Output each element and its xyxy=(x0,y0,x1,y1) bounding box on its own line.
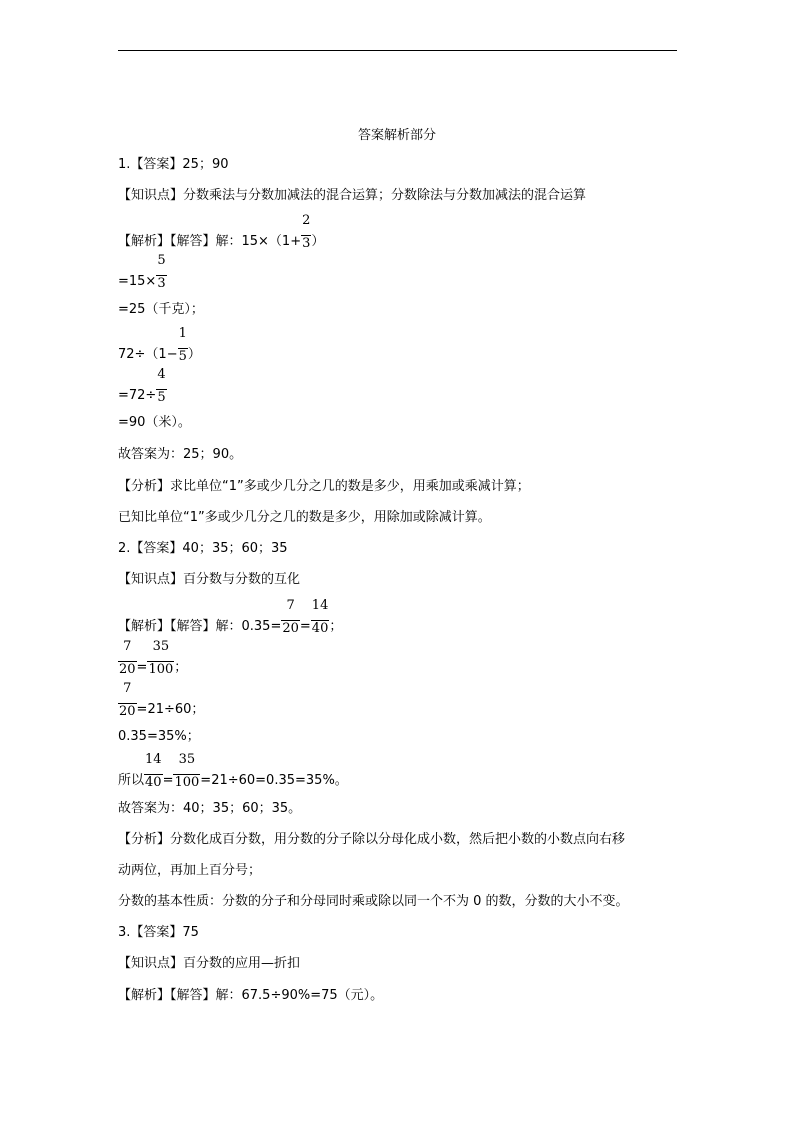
q3-answer: 3.【答案】75 xyxy=(118,925,199,941)
q2-solution-line2: 720=35100； xyxy=(118,660,187,678)
q1-answer: 1.【答案】25；90 xyxy=(118,157,229,173)
fraction: 45 xyxy=(156,389,166,406)
q1-solution-line5: =72÷45 xyxy=(118,388,167,406)
fraction: 35100 xyxy=(147,661,174,678)
fraction: 35100 xyxy=(173,774,200,791)
q1-sol-prefix: 【解析】【解答】解：15×（1+ xyxy=(118,234,301,249)
q2-solution-line3: 720=21÷60； xyxy=(118,702,204,720)
fraction: 720 xyxy=(118,661,137,678)
q1-analysis-1: 【分析】求比单位“1”多或少几分之几的数是多少，用乘加或乘减计算； xyxy=(118,479,530,495)
q2-solution-line4: 0.35=35%； xyxy=(118,729,200,745)
q1-solution-line6: =90（米）。 xyxy=(118,415,191,431)
fraction: 1440 xyxy=(311,620,330,637)
q2-knowledge: 【知识点】百分数与分数的互化 xyxy=(118,572,300,588)
page-title: 答案解析部分 xyxy=(0,124,794,143)
fraction: 53 xyxy=(156,275,166,292)
fraction: 15 xyxy=(178,348,188,365)
q2-analysis-1: 【分析】分数化成百分数，用分数的分子除以分母化成小数，然后把小数的小数点向右移 xyxy=(118,832,625,848)
q3-solution: 【解析】【解答】解：67.5÷90%=75（元）。 xyxy=(118,988,383,1004)
fraction: 23 xyxy=(301,235,311,252)
fraction: 720 xyxy=(118,703,137,720)
q1-knowledge: 【知识点】分数乘法与分数加减法的混合运算；分数除法与分数加减法的混合运算 xyxy=(118,188,586,204)
q1-conclusion: 故答案为：25；90。 xyxy=(118,447,242,463)
q2-conclusion: 故答案为：40；35；60；35。 xyxy=(118,801,301,817)
header-rule xyxy=(118,50,677,51)
q1-solution-line1: 【解析】【解答】解：15×（1+23） xyxy=(118,234,324,252)
q2-solution-line5: 所以1440=35100=21÷60=0.35=35%。 xyxy=(118,773,348,791)
q1-solution-line3: =25（千克）； xyxy=(118,302,204,318)
q2-analysis-3: 分数的基本性质：分数的分子和分母同时乘或除以同一个不为 0 的数，分数的大小不变… xyxy=(118,894,629,910)
q3-knowledge: 【知识点】百分数的应用—折扣 xyxy=(118,956,300,972)
fraction: 720 xyxy=(281,620,300,637)
q1-analysis-2: 已知比单位“1”多或少几分之几的数是多少，用除加或除减计算。 xyxy=(118,510,491,526)
q2-answer: 2.【答案】40；35；60；35 xyxy=(118,541,288,557)
q1-solution-line4: 72÷（1−15） xyxy=(118,347,201,365)
q1-solution-line2: =15×53 xyxy=(118,274,167,292)
fraction: 1440 xyxy=(144,774,163,791)
q2-solution-line1: 【解析】【解答】解：0.35=720=1440； xyxy=(118,619,342,637)
q2-analysis-2: 动两位，再加上百分号； xyxy=(118,863,261,879)
